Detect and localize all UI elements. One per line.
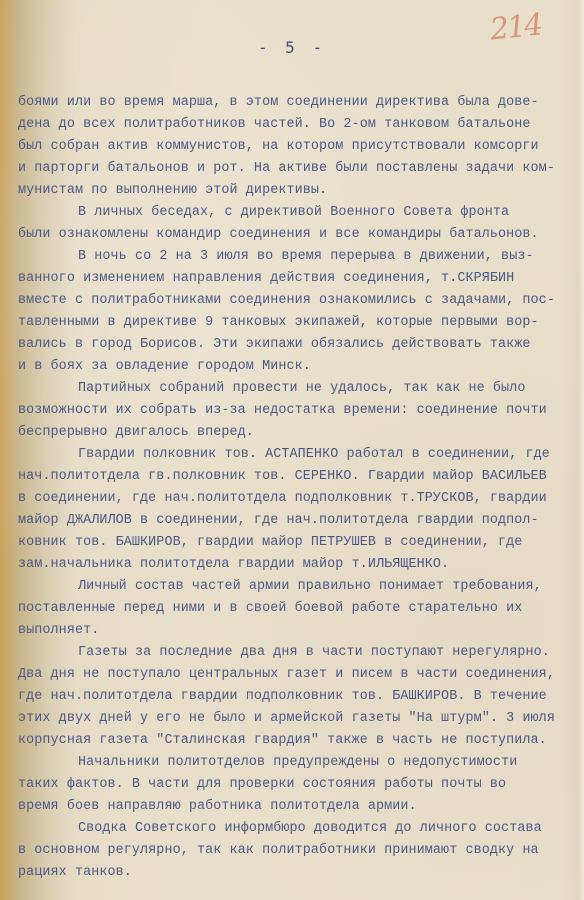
- paragraph: Начальники политотделов предупреждены о …: [18, 752, 583, 818]
- document-body: боями или во время марша, в этом соедине…: [18, 92, 583, 884]
- text-line: и в боях за овладение городом Минск.: [18, 356, 583, 378]
- text-line: ванного изменением направления действия …: [18, 268, 583, 290]
- paragraph: В ночь со 2 на 3 июля во время перерыва …: [18, 246, 583, 378]
- text-line: Начальники политотделов предупреждены о …: [18, 752, 583, 774]
- text-line: Два дня не поступало центральных газет и…: [18, 664, 583, 686]
- text-line: нач.политотдела гв.полковник тов. СЕРЕНК…: [18, 466, 583, 488]
- text-line: был собран актив коммунистов, на котором…: [18, 136, 583, 158]
- page-number: - 5 -: [0, 38, 584, 57]
- text-line: рациях танков.: [18, 862, 583, 884]
- text-line: ковник тов. БАШКИРОВ, гвардии майор ПЕТР…: [18, 532, 583, 554]
- text-line: в соединении, где нач.политотдела подпол…: [18, 488, 583, 510]
- paragraph: Газеты за последние два дня в части пост…: [18, 642, 583, 752]
- text-line: поставленные перед ними и в своей боевой…: [18, 598, 583, 620]
- text-line: были ознакомлены командир соединения и в…: [18, 224, 583, 246]
- paragraph: Сводка Советского информбюро доводится д…: [18, 818, 583, 884]
- text-line: боями или во время марша, в этом соедине…: [18, 92, 583, 114]
- text-line: время боев направляю работника политотде…: [18, 796, 583, 818]
- text-line: корпусная газета "Сталинская гвардия" та…: [18, 730, 583, 752]
- text-line: этих двух дней у его не было и армейской…: [18, 708, 583, 730]
- text-line: Партийных собраний провести не удалось, …: [18, 378, 583, 400]
- text-line: и парторги батальонов и рот. На активе б…: [18, 158, 583, 180]
- paragraph: Гвардии полковник тов. АСТАПЕНКО работал…: [18, 444, 583, 576]
- text-line: мунистам по выполнению этой директивы.: [18, 180, 583, 202]
- text-line: Гвардии полковник тов. АСТАПЕНКО работал…: [18, 444, 583, 466]
- text-line: вместе с политработниками соединения озн…: [18, 290, 583, 312]
- text-line: где нач.политотдела гвардии подполковник…: [18, 686, 583, 708]
- paragraph: Партийных собраний провести не удалось, …: [18, 378, 583, 444]
- text-line: В ночь со 2 на 3 июля во время перерыва …: [18, 246, 583, 268]
- text-line: зам.начальника политотдела гвардии майор…: [18, 554, 583, 576]
- text-line: вались в город Борисов. Эти экипажи обяз…: [18, 334, 583, 356]
- text-line: дена до всех политработников частей. Во …: [18, 114, 583, 136]
- paragraph: В личных беседах, с директивой Военного …: [18, 202, 583, 246]
- text-line: выполняет.: [18, 620, 583, 642]
- text-line: майор ДЖАЛИЛОВ в соединении, где нач.пол…: [18, 510, 583, 532]
- text-line: Сводка Советского информбюро доводится д…: [18, 818, 583, 840]
- paragraph: боями или во время марша, в этом соедине…: [18, 92, 583, 202]
- text-line: в основном регулярно, так как политработ…: [18, 840, 583, 862]
- paragraph: Личный состав частей армии правильно пон…: [18, 576, 583, 642]
- text-line: Личный состав частей армии правильно пон…: [18, 576, 583, 598]
- text-line: тавленными в директиве 9 танковых экипаж…: [18, 312, 583, 334]
- text-line: беспрерывно двигалось вперед.: [18, 422, 583, 444]
- text-line: В личных беседах, с директивой Военного …: [18, 202, 583, 224]
- text-line: Газеты за последние два дня в части пост…: [18, 642, 583, 664]
- text-line: таких фактов. В части для проверки состо…: [18, 774, 583, 796]
- text-line: возможности их собрать из-за недостатка …: [18, 400, 583, 422]
